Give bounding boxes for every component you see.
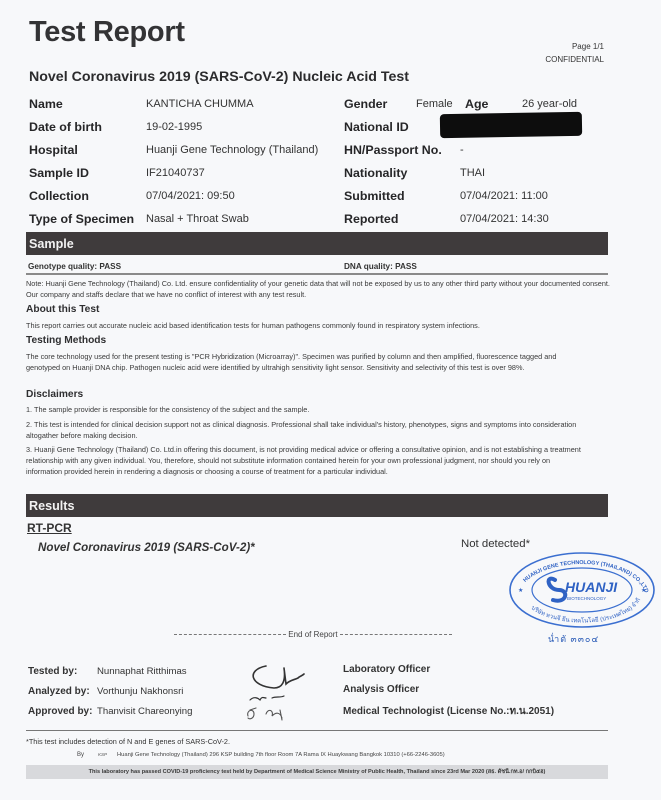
sample-section-header: Sample <box>26 232 608 255</box>
name-value: KANTICHA CHUMMA <box>146 98 254 110</box>
svg-text:★: ★ <box>518 587 523 594</box>
by-label: By <box>77 752 84 758</box>
end-of-report: End of Report <box>174 630 452 639</box>
gender-label: Gender <box>344 97 387 111</box>
footer-divider <box>26 730 608 731</box>
analyzed-by-name: Vorthunju Nakhonsri <box>97 686 183 697</box>
dob-label: Date of birth <box>29 120 102 134</box>
hospital-label: Hospital <box>29 143 78 157</box>
stamp-brand: HUANJI <box>565 579 618 595</box>
handwritten-signatures <box>236 660 316 726</box>
specimen-label: Type of Specimen <box>29 212 134 226</box>
dna-quality: DNA quality: PASS <box>344 262 417 271</box>
analyzed-by-role: Analysis Officer <box>343 684 419 695</box>
redacted-national-id <box>440 112 582 138</box>
disclaimers-heading: Disclaimers <box>26 389 83 400</box>
collection-value: 07/04/2021: 09:50 <box>146 190 235 202</box>
stamp-caption: น่ำตั ๓๓๐๔ <box>548 632 599 646</box>
company-stamp: HUANJI GENE TECHNOLOGY (THAILAND) CO.,LT… <box>507 550 657 630</box>
test-target: Novel Coronavirus 2019 (SARS-CoV-2)* <box>38 541 255 554</box>
confidentiality-note: Note: Huanji Gene Technology (Thailand) … <box>26 278 611 300</box>
methods-text: The core technology used for the present… <box>26 351 586 373</box>
specimen-value: Nasal + Throat Swab <box>146 213 249 225</box>
hospital-value: Huanji Gene Technology (Thailand) <box>146 144 318 156</box>
divider <box>26 273 608 275</box>
age-label: Age <box>465 97 488 111</box>
dob-value: 19-02-1995 <box>146 121 202 133</box>
analyzed-by-label: Analyzed by: <box>28 686 90 697</box>
age-value: 26 year-old <box>522 98 577 110</box>
nationality-label: Nationality <box>344 166 407 180</box>
confidential-label: CONFIDENTIAL <box>545 53 604 66</box>
about-heading: About this Test <box>26 304 99 315</box>
end-of-report-label: End of Report <box>288 630 337 639</box>
sample-id-label: Sample ID <box>29 166 89 180</box>
tested-by-role: Laboratory Officer <box>343 664 430 675</box>
disclaimer-2: 2. This test is intended for clinical de… <box>26 419 586 441</box>
approved-by-name: Thanvisit Chareonying <box>97 706 192 717</box>
page-number: Page 1/1 <box>545 40 604 53</box>
collection-label: Collection <box>29 189 89 203</box>
methods-heading: Testing Methods <box>26 335 106 346</box>
report-title: Test Report <box>29 16 185 49</box>
company-address: Huanji Gene Technology (Thailand) 296 KS… <box>117 752 445 758</box>
ksp-logo-icon: KSP <box>98 752 107 757</box>
tested-by-label: Tested by: <box>28 666 77 677</box>
submitted-label: Submitted <box>344 189 405 203</box>
sample-id-value: IF21040737 <box>146 167 205 179</box>
approved-by-role: Medical Technologist (License No.:ท.น.20… <box>343 704 554 719</box>
name-label: Name <box>29 97 63 111</box>
tested-by-name: Nunnaphat Ritthimas <box>97 666 187 677</box>
nationality-value: THAI <box>460 167 485 179</box>
reported-value: 07/04/2021: 14:30 <box>460 213 549 225</box>
passport-label: HN/Passport No. <box>344 143 442 157</box>
disclaimer-1: 1. The sample provider is responsible fo… <box>26 404 611 415</box>
page-info: Page 1/1 CONFIDENTIAL <box>545 40 604 66</box>
svg-text:★: ★ <box>641 587 646 594</box>
report-subtitle: Novel Coronavirus 2019 (SARS-CoV-2) Nucl… <box>29 69 409 85</box>
disclaimer-3: 3. Huanji Gene Technology (Thailand) Co.… <box>26 444 586 477</box>
approved-by-label: Approved by: <box>28 706 92 717</box>
reported-label: Reported <box>344 212 398 226</box>
test-result: Not detected* <box>461 538 530 550</box>
results-section-header: Results <box>26 494 608 517</box>
national-id-label: National ID <box>344 120 409 134</box>
about-text: This report carries out accurate nucleic… <box>26 320 611 331</box>
gender-value: Female <box>416 98 453 110</box>
submitted-value: 07/04/2021: 11:00 <box>460 190 548 202</box>
method-label: RT-PCR <box>27 521 72 535</box>
genotype-quality: Genotype quality: PASS <box>28 262 121 271</box>
stamp-brand-sub: BIOTECHNOLOGY <box>567 596 606 601</box>
accreditation-banner: This laboratory has passed COVID-19 prof… <box>26 765 608 779</box>
footnote: *This test includes detection of N and E… <box>26 737 230 746</box>
passport-value: - <box>460 144 464 156</box>
